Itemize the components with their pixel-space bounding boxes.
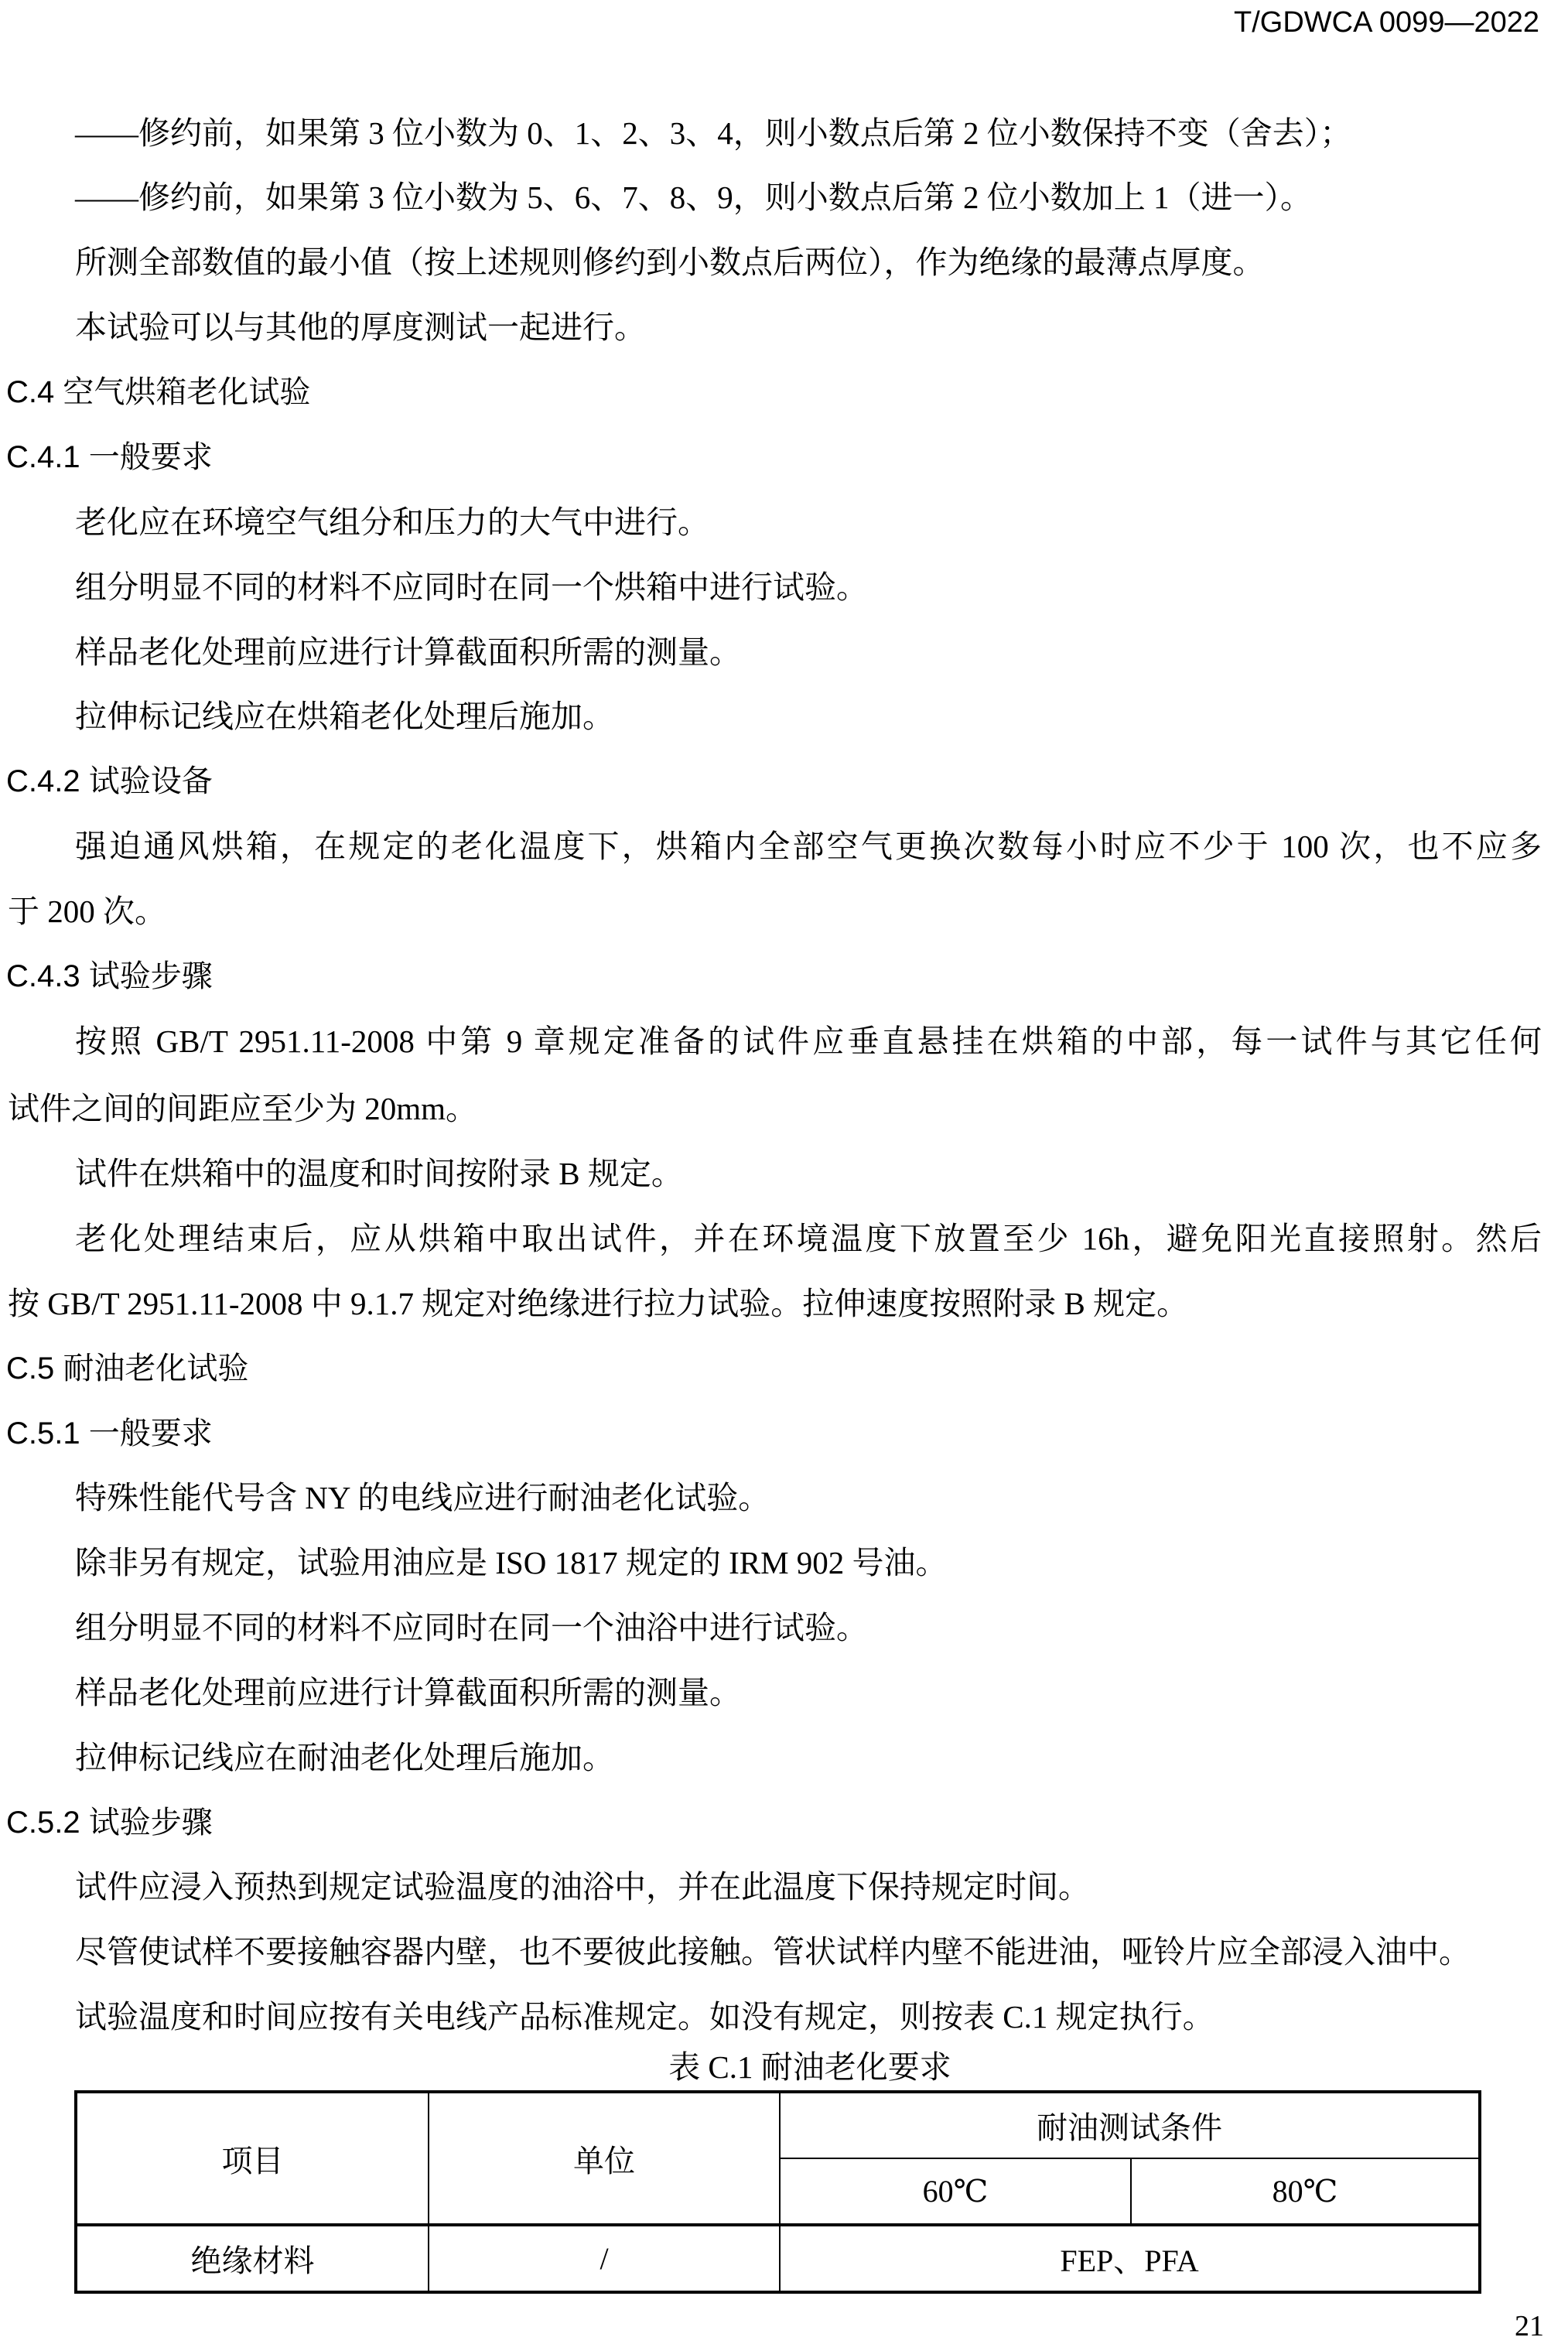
document-code-header: T/GDWCA 0099—2022	[1234, 5, 1539, 40]
paragraph-c5-1-b: 除非另有规定，试验用油应是 ISO 1817 规定的 IRM 902 号油。	[75, 1543, 948, 1582]
table-row: 绝缘材料 / FEP、PFA	[76, 2225, 1480, 2292]
cell-value: FEP、PFA	[780, 2225, 1480, 2292]
paragraph-c4-1-c: 样品老化处理前应进行计算截面积所需的测量。	[75, 633, 741, 671]
paragraph-combined-test: 本试验可以与其他的厚度测试一起进行。	[75, 308, 646, 347]
paragraph-c4-3-c-line1: 老化处理结束后，应从烘箱中取出试件，并在环境温度下放置至少 16h，避免阳光直接…	[75, 1219, 1542, 1258]
paragraph-c5-1-a: 特殊性能代号含 NY 的电线应进行耐油老化试验。	[75, 1478, 770, 1517]
paragraph-c5-1-d: 样品老化处理前应进行计算截面积所需的测量。	[75, 1673, 741, 1712]
paragraph-c4-3-b: 试件在烘箱中的温度和时间按附录 B 规定。	[75, 1154, 683, 1193]
section-heading-c4: C.4 空气烘箱老化试验	[6, 373, 310, 412]
header-temp-60: 60℃	[780, 2158, 1131, 2225]
section-heading-c5: C.5 耐油老化试验	[6, 1349, 248, 1388]
paragraph-c5-1-e: 拉伸标记线应在耐油老化处理后施加。	[75, 1738, 614, 1777]
paragraph-c5-2-b: 尽管使试样不要接触容器内壁，也不要彼此接触。管状试样内壁不能进油，哑铃片应全部浸…	[75, 1932, 1471, 1971]
page-number: 21	[1515, 2309, 1544, 2343]
paragraph-min-thickness: 所测全部数值的最小值（按上述规则修约到小数点后两位），作为绝缘的最薄点厚度。	[75, 243, 1265, 282]
section-heading-c5-2: C.5.2 试验步骤	[6, 1803, 213, 1842]
header-item: 项目	[76, 2092, 429, 2225]
cell-unit: /	[429, 2225, 780, 2292]
paragraph-c4-3-a-line1: 按照 GB/T 2951.11-2008 中第 9 章规定准备的试件应垂直悬挂在…	[75, 1022, 1542, 1061]
paragraph-c5-2-c: 试验温度和时间应按有关电线产品标准规定。如没有规定，则按表 C.1 规定执行。	[75, 1997, 1214, 2036]
paragraph-c4-3-c-line2: 按 GB/T 2951.11-2008 中 9.1.7 规定对绝缘进行拉力试验。…	[8, 1284, 1188, 1323]
paragraph-c4-1-b: 组分明显不同的材料不应同时在同一个烘箱中进行试验。	[75, 568, 868, 607]
rounding-rule-2: ——修约前，如果第 3 位小数为 5、6、7、8、9，则小数点后第 2 位小数加…	[75, 178, 1312, 217]
table-caption: 表 C.1 耐油老化要求	[651, 2048, 968, 2086]
section-heading-c4-3: C.4.3 试验步骤	[6, 957, 213, 996]
paragraph-c4-2-line2: 于 200 次。	[8, 892, 166, 931]
section-heading-c4-2: C.4.2 试验设备	[6, 762, 213, 801]
paragraph-c5-2-a: 试件应浸入预热到规定试验温度的油浴中，并在此温度下保持规定时间。	[75, 1867, 1090, 1906]
rounding-rule-1: ——修约前，如果第 3 位小数为 0、1、2、3、4，则小数点后第 2 位小数保…	[75, 114, 1351, 152]
section-heading-c4-1: C.4.1 一般要求	[6, 438, 213, 477]
paragraph-c5-1-c: 组分明显不同的材料不应同时在同一个油浴中进行试验。	[75, 1608, 868, 1647]
paragraph-c4-2-line1: 强迫通风烘箱，在规定的老化温度下，烘箱内全部空气更换次数每小时应不少于 100 …	[75, 827, 1542, 866]
paragraph-c4-1-d: 拉伸标记线应在烘箱老化处理后施加。	[75, 697, 614, 736]
section-heading-c5-1: C.5.1 一般要求	[6, 1414, 213, 1453]
header-temp-80: 80℃	[1131, 2158, 1480, 2225]
paragraph-c4-3-a-line2: 试件之间的间距应至少为 20mm。	[8, 1089, 477, 1128]
oil-aging-requirements-table: 项目 单位 耐油测试条件 60℃ 80℃ 绝缘材料 / FEP、PFA	[74, 2090, 1481, 2294]
paragraph-c4-1-a: 老化应在环境空气组分和压力的大气中进行。	[75, 503, 709, 542]
cell-item: 绝缘材料	[76, 2225, 429, 2292]
header-unit: 单位	[429, 2092, 780, 2225]
header-test-conditions: 耐油测试条件	[780, 2092, 1480, 2158]
